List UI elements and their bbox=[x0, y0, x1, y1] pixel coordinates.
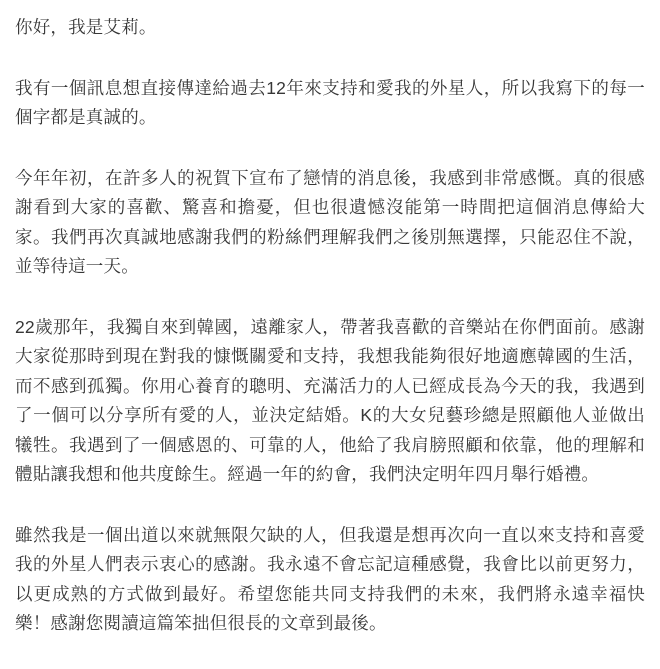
paragraph-greeting: 你好，我是艾莉。 bbox=[15, 13, 645, 43]
fan-letter-article: 你好，我是艾莉。 我有一個訊息想直接傳達給過去12年來支持和愛我的外星人，所以我… bbox=[0, 0, 660, 639]
paragraph-career-and-marriage-story: 22歲那年，我獨自來到韓國，遠離家人，帶著我喜歡的音樂站在你們面前。感謝大家從那… bbox=[15, 313, 645, 490]
paragraph-relationship-announcement: 今年年初，在許多人的祝賀下宣布了戀情的消息後，我感到非常感慨。真的很感謝看到大家… bbox=[15, 164, 645, 282]
paragraph-intro-message: 我有一個訊息想直接傳達給過去12年來支持和愛我的外星人，所以我寫下的每一個字都是… bbox=[15, 74, 645, 133]
paragraph-closing-gratitude: 雖然我是一個出道以來就無限欠缺的人，但我還是想再次向一直以來支持和喜愛我的外星人… bbox=[15, 521, 645, 639]
